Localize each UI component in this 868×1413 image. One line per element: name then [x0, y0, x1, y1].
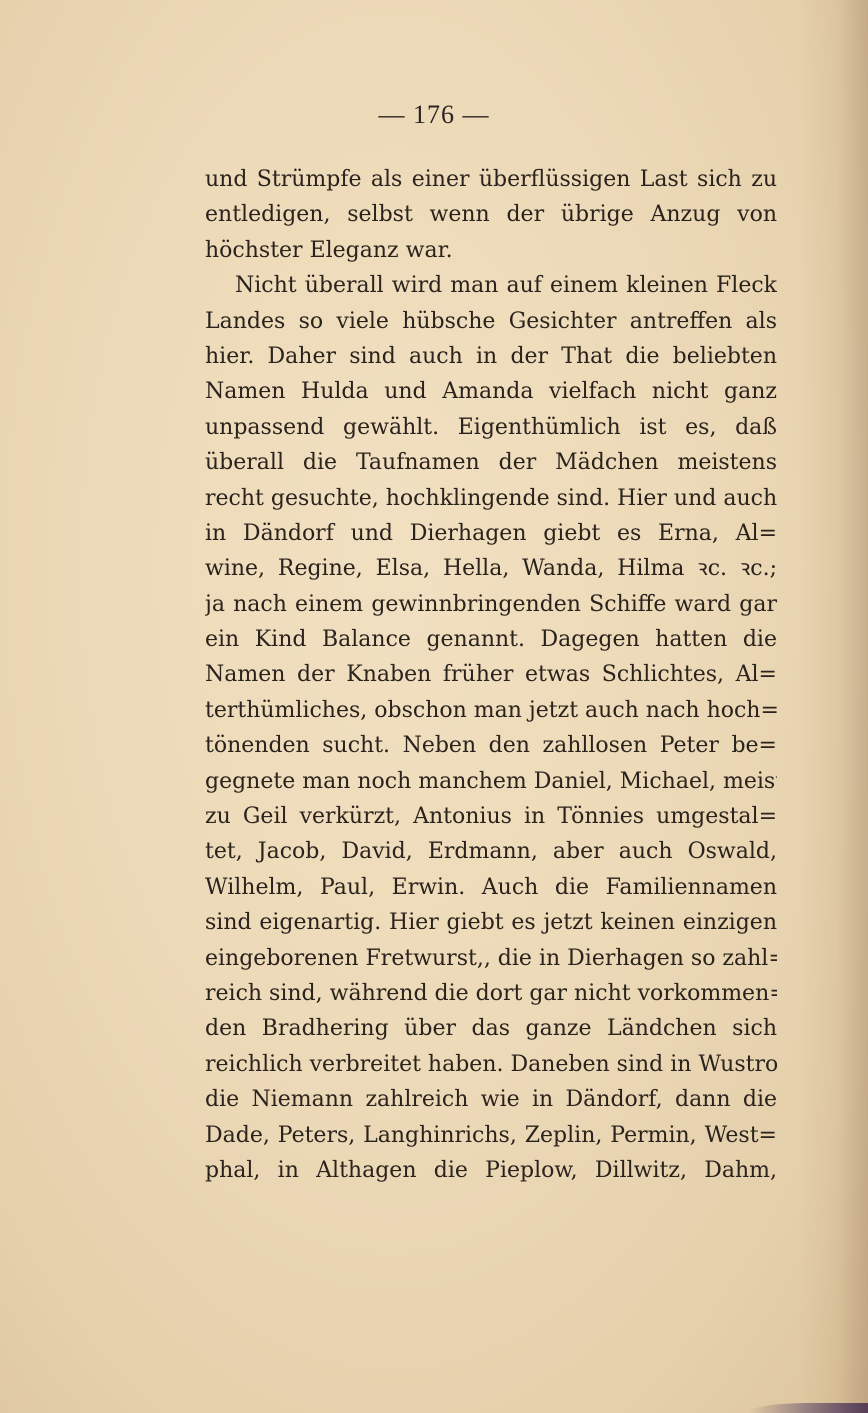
text-line: zu Geil verkürzt, Antonius in Tönnies um…: [205, 799, 777, 834]
text-line: eingeborenen Fretwurst,, die in Dierhage…: [205, 941, 777, 976]
paragraph-start-line: Nicht überall wird man auf einem kleinen…: [205, 268, 777, 303]
text-line: Namen Hulda und Amanda vielfach nicht ga…: [205, 374, 777, 409]
text-line: phal, in Althagen die Pieplow, Dillwitz,…: [205, 1153, 777, 1188]
text-line: gegnete man noch manchem Daniel, Michael…: [205, 764, 777, 799]
text-line: reich sind, während die dort gar nicht v…: [205, 976, 777, 1011]
text-line: recht gesuchte, hochklingende sind. Hier…: [205, 481, 777, 516]
text-line: entledigen, selbst wenn der übrige Anzug…: [205, 197, 777, 232]
text-line: Dade, Peters, Langhinrichs, Zeplin, Perm…: [205, 1118, 777, 1153]
text-line: hier. Daher sind auch in der That die be…: [205, 339, 777, 374]
text-line: und Strümpfe als einer überflüssigen Las…: [205, 162, 777, 197]
body-text: und Strümpfe als einer überflüssigen Las…: [205, 162, 777, 1188]
text-line: den Bradhering über das ganze Ländchen s…: [205, 1011, 777, 1046]
text-line: in Dändorf und Dierhagen giebt es Erna, …: [205, 516, 777, 551]
text-line: tönenden sucht. Neben den zahllosen Pete…: [205, 728, 777, 763]
text-line: tet, Jacob, David, Erdmann, aber auch Os…: [205, 834, 777, 869]
text-line: überall die Taufnamen der Mädchen meiste…: [205, 445, 777, 480]
text-line: die Niemann zahlreich wie in Dändorf, da…: [205, 1082, 777, 1117]
book-page: — 176 — und Strümpfe als einer überflüss…: [0, 0, 868, 1413]
text-line: Wilhelm, Paul, Erwin. Auch die Familienn…: [205, 870, 777, 905]
text-line: ja nach einem gewinnbringenden Schiffe w…: [205, 587, 777, 622]
text-line: reichlich verbreitet haben. Daneben sind…: [205, 1047, 777, 1082]
text-line: höchster Eleganz war.: [205, 233, 777, 268]
text-line: terthümliches, obschon man jetzt auch na…: [205, 693, 777, 728]
text-line: Landes so viele hübsche Gesichter antref…: [205, 304, 777, 339]
text-line: Namen der Knaben früher etwas Schlichtes…: [205, 657, 777, 692]
text-line: sind eigenartig. Hier giebt es jetzt kei…: [205, 905, 777, 940]
text-line: unpassend gewählt. Eigenthümlich ist es,…: [205, 410, 777, 445]
text-line: wine, Regine, Elsa, Hella, Wanda, Hilma …: [205, 551, 777, 586]
page-number: — 176 —: [0, 100, 868, 130]
text-line: ein Kind Balance genannt. Dagegen hatten…: [205, 622, 777, 657]
